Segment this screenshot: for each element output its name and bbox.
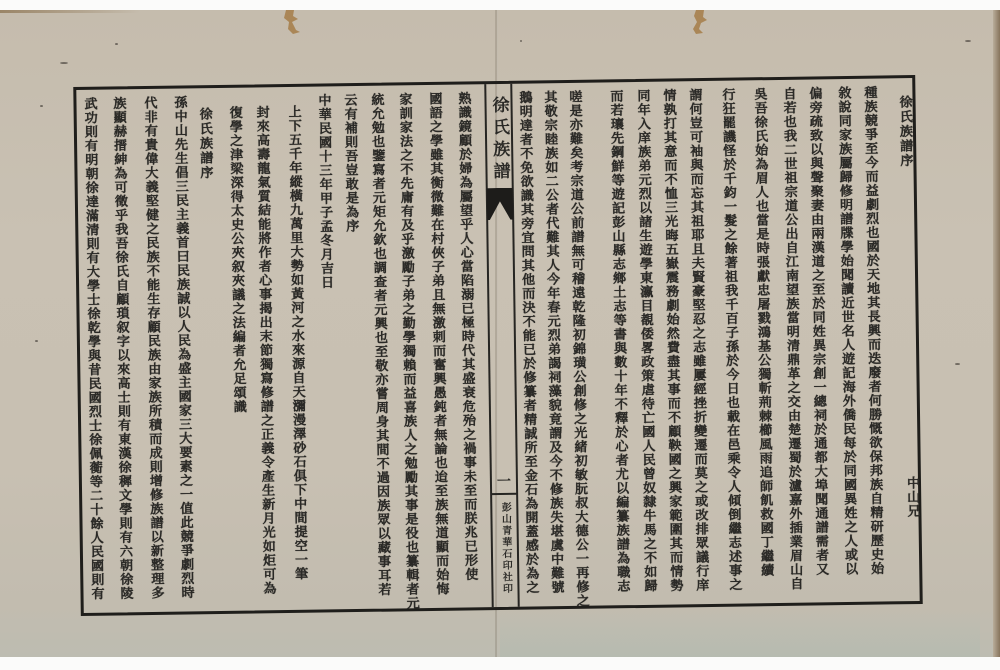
page-number: 一 (496, 474, 512, 490)
commentary-column: 復學之津梁深得太史公夾叙夾議之法編者允足頌識 (227, 106, 245, 414)
second-preface-title: 徐氏族譜序 (197, 107, 212, 180)
left-text-column: 孫中山先生倡三民主義首曰民族誠以人民為盛主國家三大要素之一值此競爭劇烈時 (171, 95, 192, 599)
commentary-column: 上下五千年縱橫九萬里大勢如黃河之水來源自天瀰漫澤砂石俱下中間提空一筆 (286, 105, 307, 581)
left-text-column: 家訓家法之不先庸有及乎激勵子弟之勤學獨賴而益喜族人之勉勵其事是役也纂輯者元 (396, 92, 417, 610)
paper-speck (115, 43, 118, 45)
right-text-column: 鵝明達者不免欲識其旁宜問其他而決不能已於修纂者精誠所至金石為開蓋感於為之 (516, 91, 537, 595)
left-text-column: 族顯赫搢紳為可徵乎我吾徐氏自顧瑣叙字以來高士則有東漢徐穉文學則有六朝徐陵 (110, 96, 131, 600)
right-text-column: 自若也我二世祖宗道公出自江南望族當明清鼎革之交由楚遷蜀於瀘嘉外插業眉山自 (780, 87, 801, 591)
paper-speck (60, 62, 68, 64)
left-text-column: 國語之學雖其衡微難在村俠子弟且無激刺而奮興愚鈍者無論也迨至族無道顯而始悔 (426, 92, 447, 596)
right-text-column: 其敬宗睦族如二公者代難其人今年春元烈弟謁祠藻貌竟謂及今不修族失堪虞中難號 (541, 90, 562, 594)
right-text-column: 敘說同家族屬歸修明譜牒學始聞讀近世名人遊記海外僑民每於同國異姓之人或以 (835, 86, 856, 576)
printed-page-frame: 徐氏族譜 一 彭山青華石印社印 徐氏族譜序 種族競爭至今而益劇烈也國於天地其長興… (73, 75, 922, 616)
page-number-rule (491, 493, 517, 495)
paper-speck (965, 40, 971, 42)
right-text-column: 同年入庠族弟元烈以諸生遊學東瀛目覩倭畧政策虐待亡國人民曾奴隸牛馬之不如歸 (634, 89, 655, 593)
book-title: 徐氏族譜 (488, 96, 509, 184)
left-text-column: 熟識鏡顧於婦為屬望乎人心當陷溺已極時代其盛衰危殆之禍事未至而朕兆已形使 (455, 91, 476, 581)
right-preface-title: 徐氏族譜序 (896, 95, 911, 168)
paper-discoloration (500, 612, 980, 657)
right-text-column: 嗟是亦難矣考宗道公前譜無可稽遠乾隆初錦璜公創修之光緒初敏朊叔大德公一再修之 (566, 90, 587, 608)
right-text-column: 而若瓖先鋼鮮等遊記彭山縣志鄉土志等書與數十年不釋於心者尤以編纂族譜為職志 (607, 89, 628, 593)
fishtail-mark-icon (487, 188, 513, 220)
preface-closing-line: 云有補則吾豈敢是為序 (341, 93, 357, 233)
paper-speck (955, 363, 960, 365)
left-text-column: 武功則有明朝徐達滿清則有大學士徐乾學與昔民國烈士徐佩蘅等二十餘人民國則有 (81, 97, 102, 601)
commentary-column: 封來高壽龍氣質結能將作者心事揭出末節獨寫修譜之正義令產生新月光如炬可為 (254, 105, 275, 595)
preface-author-signature: 中山兄 (904, 476, 919, 518)
right-text-column: 行狂罷譏怪於千鈞一髮之餘著祖我千百子孫於今日也載在邑乘令人傾倒繼志述事之 (719, 88, 740, 592)
right-text-column: 情孰打其意而不恤三光晦五嶽震務劇始然費盡其事而不顧鞅國之興家範圍其而情勢 (660, 88, 681, 592)
paper-speck (35, 340, 38, 342)
binding-stain-left (280, 10, 304, 38)
right-text-column: 吳吾徐氏始為眉人也當是時張獻忠屠戮鴻基公獨斬荊棘櫛風雨追師飢救國丁繼續 (751, 87, 772, 577)
left-text-column: 代非有貴偉大義堅健之民族不能生存顧民族由家族所積而成則增修族譜以新整理多 (141, 96, 162, 600)
book-edge (993, 10, 1000, 657)
right-text-column: 偏旁疏致以與聲聚妻由兩漢道之至於同姓異宗創一總祠於通都大埠聞通譜需者又 (806, 86, 827, 576)
paper-speck (520, 40, 522, 42)
paper-top-edge (0, 10, 140, 13)
date-line: 中華民國十三年甲子孟冬月吉日 (315, 93, 332, 289)
right-text-column: 種族競爭至今而益劇烈也國於天地其長興而迭廢者何勝慨欲保邦族自精研歷史始 (861, 86, 882, 576)
binding-stain-right (688, 10, 712, 38)
paper-speck (40, 105, 43, 107)
left-text-column: 統允勉也鑒寫者元矩允欽也調查者元興也至敬亦嘗周身其間不過因族眾以藏事耳若 (368, 93, 389, 597)
printer-imprint: 彭山青華石印社印 (498, 502, 511, 595)
right-text-column: 謂何豈可袖與而忘其祖耶且夫賢豪堅忍之志雖屢經挫折變遷而莫之或改排眾議行庠 (686, 88, 707, 592)
